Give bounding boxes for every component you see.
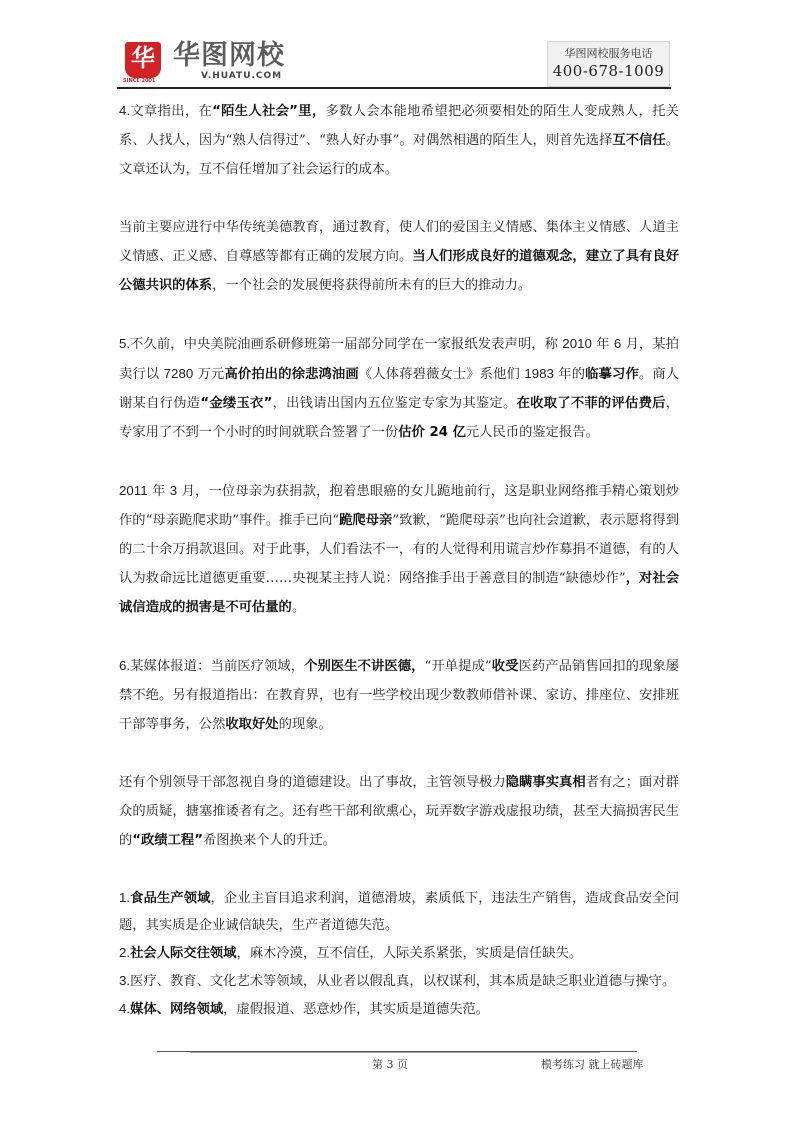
paragraph-spacer: [119, 300, 679, 329]
document-body: 4.文章指出，在“陌生人社会”里，多数人会本能地希望把必须要相处的陌生人变成熟人…: [119, 96, 679, 1023]
text-segment: 4.: [119, 103, 130, 118]
page-number: 第 3 页: [372, 1056, 408, 1072]
page-header: 华 SINCE 2001 华图网校 V.HUATU.COM 华图网校服务电话 4…: [117, 38, 675, 86]
paragraph: 2011 年 3 月，一位母亲为获捐款，抱着患眼癌的女儿跪地前行，这是职业网络推…: [119, 476, 679, 622]
paragraph: 5.不久前，中央美院油画系研修班第一届部分同学在一家报纸发表声明，称 2010 …: [119, 329, 679, 447]
list-item: 3.医疗、教育、文化艺术等领域，从业者以假乱真，以权谋利，其本质是缺乏职业道德与…: [119, 967, 679, 995]
text-segment: 文章指出，在: [130, 104, 212, 119]
bold-text-segment: 高价拍出的徐悲鸿油画: [224, 367, 358, 382]
text-segment: 7280: [164, 366, 194, 381]
text-segment: 年的: [554, 367, 585, 382]
text-segment: 《人体蒋碧薇女士》系他们: [359, 367, 525, 382]
text-segment: “开单提成”: [425, 659, 492, 674]
text-segment: 6.: [119, 658, 130, 673]
paragraph: 还有个别领导干部忽视自身的道德建设。出了事故，主管领导极力隐瞒事实真相者有之；面…: [119, 768, 679, 855]
paragraph: 6.某媒体报道：当前医疗领域，个别医生不讲医德，“开单提成”收受医药产品销售回扣…: [119, 651, 679, 739]
bold-text-segment: 在收取了不菲的评估费后: [517, 396, 666, 411]
bold-text-segment: 食品生产领域: [130, 891, 210, 906]
text-segment: 3.: [119, 973, 130, 988]
text-segment: 。: [292, 600, 305, 615]
text-segment: ，一个社会的发展便将获得前所未有的巨大的推动力。: [212, 278, 531, 293]
paragraph-spacer: [119, 739, 679, 768]
logo-since-text: SINCE 2001: [123, 78, 155, 84]
paragraph-spacer: [119, 622, 679, 651]
bold-text-segment: 个别医生不讲医德，: [304, 659, 424, 674]
logo-mark-glyph: 华: [125, 43, 161, 73]
bold-text-segment: 收受: [492, 659, 519, 674]
bold-text-segment: 隐瞒事实真相: [506, 775, 586, 790]
text-segment: 元人民币的鉴定报告。: [466, 425, 599, 440]
bold-text-segment: “金缕玉衣”: [200, 396, 272, 411]
text-segment: 万元: [193, 367, 224, 382]
bold-text-segment: 估价 24 亿: [398, 425, 466, 440]
summary-list: 1.食品生产领域，企业主盲目追求利润，道德滑坡，素质低下，违法生产销售，造成食品…: [119, 884, 679, 1023]
bold-text-segment: 互不信任: [612, 133, 665, 148]
text-segment: 医疗、教育、文化艺术等领域，从业者以假乱真，以权谋利，其本质是缺乏职业道德与操守…: [130, 974, 675, 989]
text-segment: ，出钱请出国内五位鉴定专家为其鉴定。: [272, 396, 516, 411]
text-segment: 5.: [119, 336, 130, 351]
text-segment: 还有个别领导干部忽视自身的道德建设。出了事故，主管领导极力: [119, 775, 506, 790]
text-segment: 年: [592, 337, 614, 352]
list-item: 2.社会人际交往领域，麻木冷漠，互不信任，人际关系紧张，实质是信任缺失。: [119, 939, 679, 967]
bold-text-segment: 跪爬母亲: [339, 513, 392, 528]
text-segment: 4.: [119, 1001, 130, 1016]
list-item: 1.食品生产领域，企业主盲目追求利润，道德滑坡，素质低下，违法生产销售，造成食品…: [119, 884, 679, 939]
service-phone-box: 华图网校服务电话 400-678-1009: [547, 41, 670, 87]
bold-text-segment: “陌生人社会”里，: [212, 104, 325, 119]
footer-slogan: 模考练习 就上砖题库: [541, 1056, 644, 1072]
footer-divider-shadow: [190, 1052, 600, 1053]
logo-brand-name: 华图网校: [173, 41, 285, 71]
paragraph: 当前主要应进行中华传统美德教育，通过教育，使人们的爱国主义情感、集体主义情感、人…: [119, 213, 679, 300]
paragraph-spacer: [119, 447, 679, 476]
text-segment: 某媒体报道：当前医疗领域，: [130, 659, 304, 674]
phone-label: 华图网校服务电话: [548, 46, 669, 61]
text-segment: 2011: [119, 483, 148, 498]
bold-text-segment: “政绩工程”: [132, 833, 203, 848]
bold-text-segment: 社会人际交往领域: [130, 946, 236, 961]
text-segment: 2010: [562, 336, 592, 351]
text-segment: ，虚假报道、恶意炒作，其实质是道德失范。: [223, 1002, 489, 1017]
bold-text-segment: 收取好处: [225, 717, 278, 732]
header-divider: [117, 87, 671, 89]
paragraph: 4.文章指出，在“陌生人社会”里，多数人会本能地希望把必须要相处的陌生人变成熟人…: [119, 96, 679, 184]
paragraph-spacer: [119, 184, 679, 213]
logo-url: V.HUATU.COM: [201, 71, 282, 81]
text-segment: 1.: [119, 890, 130, 905]
text-segment: 的现象。: [279, 717, 332, 732]
text-segment: 不久前，中央美院油画系研修班第一届部分同学在一家报纸发表声明，称: [130, 337, 562, 352]
text-segment: ，麻木冷漠，互不信任，人际关系紧张，实质是信任缺失。: [236, 946, 582, 961]
text-segment: 2.: [119, 945, 130, 960]
text-segment: 希图换来个人的升迁。: [203, 833, 336, 848]
huatu-logo-icon: 华: [125, 42, 161, 78]
bold-text-segment: 临摹习作: [585, 367, 639, 382]
phone-number: 400-678-1009: [548, 61, 669, 81]
bold-text-segment: 媒体、网络领域: [130, 1002, 223, 1017]
text-segment: 1983: [524, 366, 554, 381]
list-item: 4.媒体、网络领域，虚假报道、恶意炒作，其实质是道德失范。: [119, 995, 679, 1023]
paragraph-spacer: [119, 855, 679, 884]
text-segment: 年: [148, 484, 170, 499]
